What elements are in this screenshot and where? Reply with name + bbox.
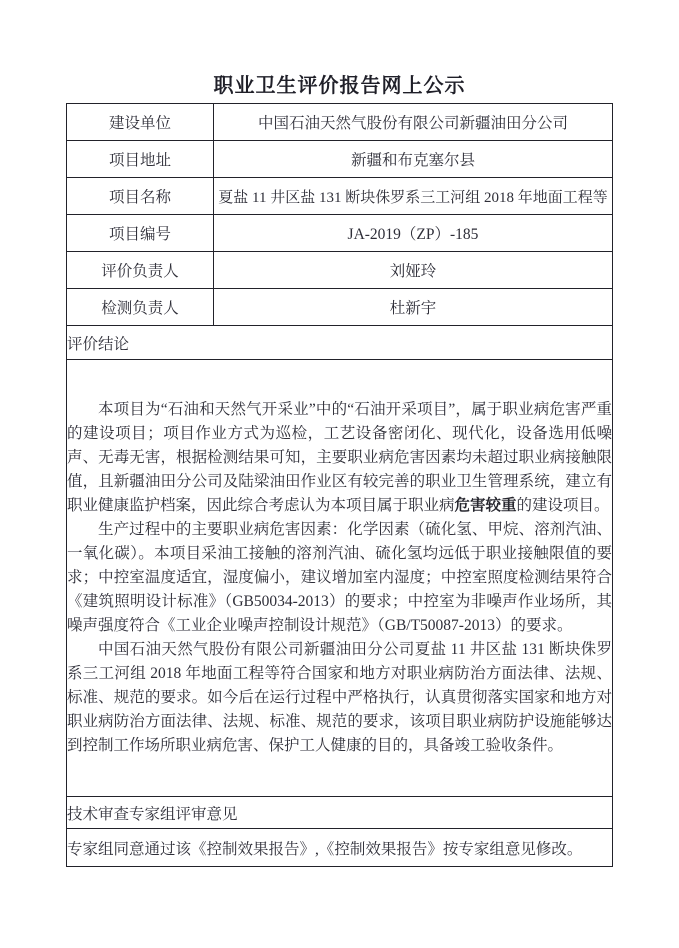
conclusion-paragraph-3: 中国石油天然气股份有限公司新疆油田分公司夏盐 11 井区盐 131 断块侏罗系三… xyxy=(67,638,612,758)
table-row-project-name: 项目名称 夏盐 11 井区盐 131 断块侏罗系三工河组 2018 年地面工程等 xyxy=(67,178,613,215)
project-address-value: 新疆和布克塞尔县 xyxy=(214,141,613,178)
project-name-label: 项目名称 xyxy=(67,178,214,215)
conclusion-content: 本项目为“石油和天然气开采业”中的“石油开采项目”，属于职业病危害严重的建设项目… xyxy=(67,360,613,797)
conclusion-paragraph-2: 生产过程中的主要职业病危害因素：化学因素（硫化氢、甲烷、溶剂汽油、一氧化碳）。本… xyxy=(67,518,612,638)
report-document: 职业卫生评价报告网上公示 建设单位 中国石油天然气股份有限公司新疆油田分公司 项… xyxy=(66,74,613,867)
table-row-project-number: 项目编号 JA-2019（ZP）-185 xyxy=(67,215,613,252)
document-page: 职业卫生评价报告网上公示 建设单位 中国石油天然气股份有限公司新疆油田分公司 项… xyxy=(0,0,679,948)
project-number-value: JA-2019（ZP）-185 xyxy=(214,215,613,252)
construction-unit-label: 建设单位 xyxy=(67,104,214,141)
page-title: 职业卫生评价报告网上公示 xyxy=(66,74,613,98)
conclusion-paragraph-1-bold: 危害较重 xyxy=(455,497,517,514)
table-row-construction-unit: 建设单位 中国石油天然气股份有限公司新疆油田分公司 xyxy=(67,104,613,141)
testing-lead-label: 检测负责人 xyxy=(67,289,214,326)
table-row-testing-lead: 检测负责人 杜新宇 xyxy=(67,289,613,326)
table-row-conclusion-content: 本项目为“石油和天然气开采业”中的“石油开采项目”，属于职业病危害严重的建设项目… xyxy=(67,360,613,797)
evaluation-lead-value: 刘娅玲 xyxy=(214,252,613,289)
report-table: 建设单位 中国石油天然气股份有限公司新疆油田分公司 项目地址 新疆和布克塞尔县 … xyxy=(66,103,613,867)
conclusion-paragraph-1-post: 的建设项目。 xyxy=(517,497,610,514)
table-row-project-address: 项目地址 新疆和布克塞尔县 xyxy=(67,141,613,178)
conclusion-paragraph-1: 本项目为“石油和天然气开采业”中的“石油开采项目”，属于职业病危害严重的建设项目… xyxy=(67,398,612,518)
table-row-review-content: 专家组同意通过该《控制效果报告》,《控制效果报告》按专家组意见修改。 xyxy=(67,829,613,867)
table-row-review-header: 技术审查专家组评审意见 xyxy=(67,797,613,829)
project-name-value: 夏盐 11 井区盐 131 断块侏罗系三工河组 2018 年地面工程等 xyxy=(214,178,613,215)
testing-lead-value: 杜新宇 xyxy=(214,289,613,326)
review-header: 技术审查专家组评审意见 xyxy=(67,797,613,829)
table-row-conclusion-header: 评价结论 xyxy=(67,326,613,360)
construction-unit-value: 中国石油天然气股份有限公司新疆油田分公司 xyxy=(214,104,613,141)
review-content: 专家组同意通过该《控制效果报告》,《控制效果报告》按专家组意见修改。 xyxy=(67,829,613,867)
evaluation-lead-label: 评价负责人 xyxy=(67,252,214,289)
project-address-label: 项目地址 xyxy=(67,141,214,178)
table-row-evaluation-lead: 评价负责人 刘娅玲 xyxy=(67,252,613,289)
conclusion-header: 评价结论 xyxy=(67,326,613,360)
project-number-label: 项目编号 xyxy=(67,215,214,252)
